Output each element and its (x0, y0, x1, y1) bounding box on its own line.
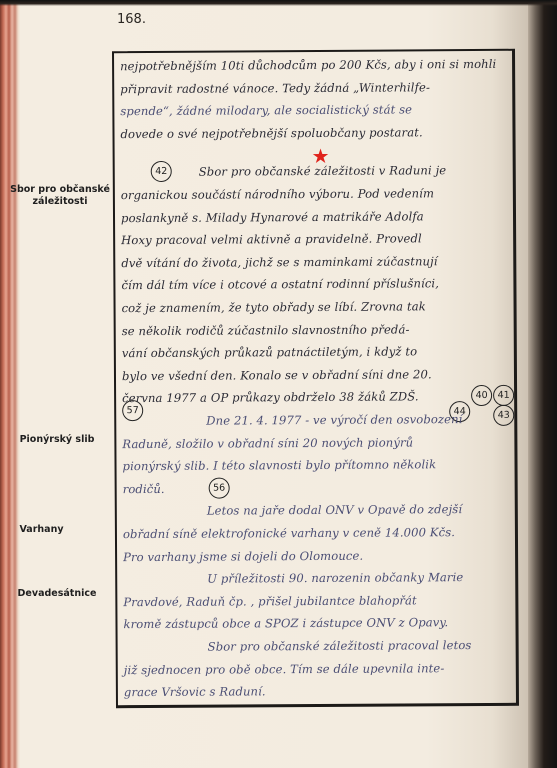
book-page-edge (0, 0, 20, 768)
margin-label-pionyrsky-slib: Pionýrský slib (12, 434, 102, 446)
margin-label-sbor: Sbor pro občanské záležitosti (10, 184, 110, 208)
margin-label-line: záležitosti (10, 196, 110, 208)
margin-label-varhany: Varhany (14, 524, 69, 536)
book-gutter-shadow (528, 0, 557, 768)
margin-label-devadesatnice: Devadesátnice (12, 588, 102, 600)
page-number: 168. (117, 12, 146, 27)
top-shadow (0, 0, 557, 6)
entry-text-overflow-layer (112, 49, 514, 751)
margin-label-line: Sbor pro občanské (10, 184, 110, 196)
